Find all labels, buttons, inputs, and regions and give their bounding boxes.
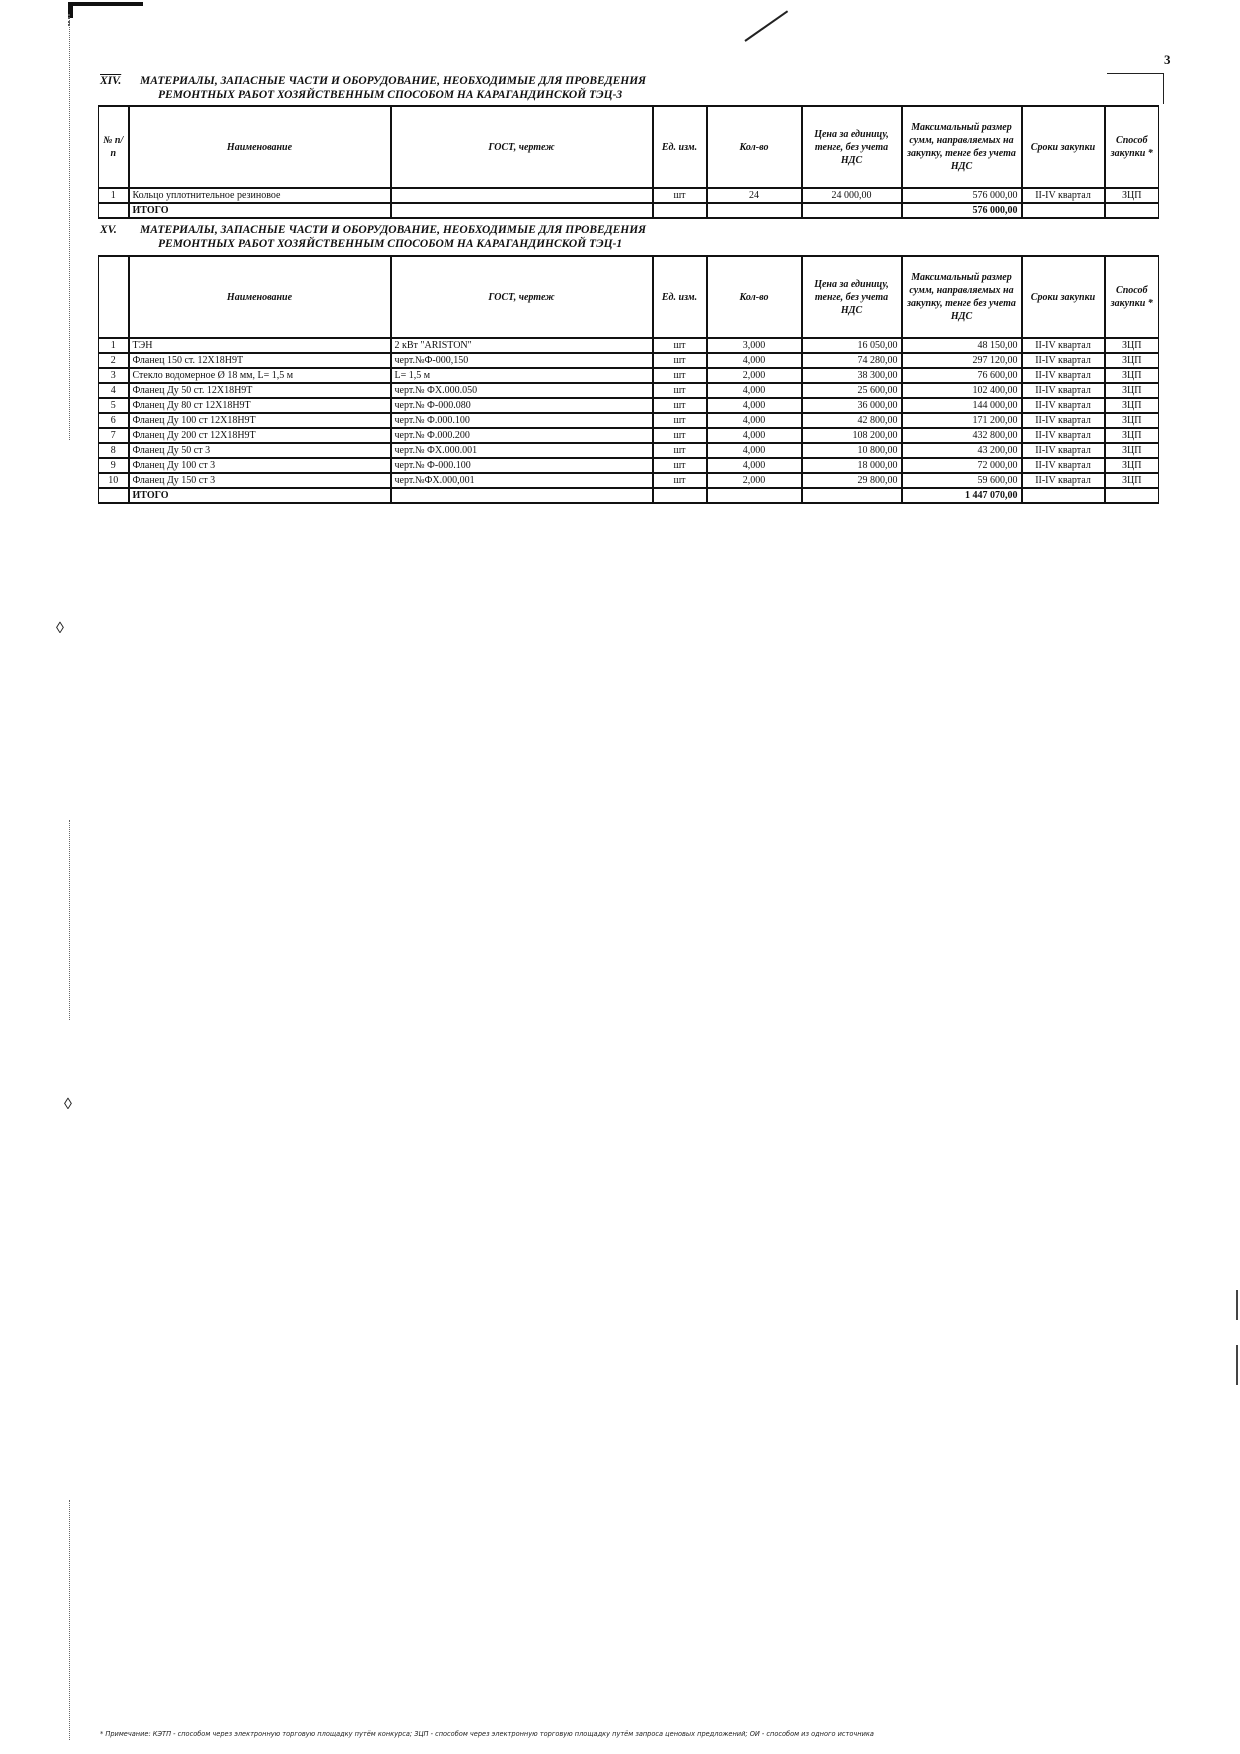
cell-sum: 144 000,00 (902, 398, 1022, 413)
cell-term: II-IV квартал (1022, 473, 1105, 488)
cell-qty: 2,000 (707, 473, 802, 488)
cell-name: Фланец Ду 150 ст 3 (129, 473, 391, 488)
cell-unit: шт (653, 188, 707, 203)
cell-method: ЗЦП (1105, 443, 1159, 458)
header-price: Цена за единицу, тенге, без учета НДС (802, 106, 902, 188)
header-max-sum: Максимальный размер сумм, направляемых н… (902, 106, 1022, 188)
header-price: Цена за единицу, тенге, без учета НДС (802, 256, 902, 338)
cell-qty: 2,000 (707, 368, 802, 383)
header-unit: Ед. изм. (653, 106, 707, 188)
cell-gost: черт.№ ФХ.000.001 (391, 443, 653, 458)
scan-edge-mark (1236, 1345, 1239, 1385)
cell-term: II-IV квартал (1022, 443, 1105, 458)
cell-method: ЗЦП (1105, 338, 1159, 353)
cell-price: 10 800,00 (802, 443, 902, 458)
cell-gost: L= 1,5 м (391, 368, 653, 383)
cell-qty: 4,000 (707, 383, 802, 398)
section-title-line2: РЕМОНТНЫХ РАБОТ ХОЗЯЙСТВЕННЫМ СПОСОБОМ Н… (100, 88, 646, 102)
cell-unit: шт (653, 383, 707, 398)
table-header-row: № п/п Наименование ГОСТ, чертеж Ед. изм.… (99, 106, 1159, 188)
cell-qty: 4,000 (707, 353, 802, 368)
section-numeral: XV. (100, 223, 140, 237)
cell-method: ЗЦП (1105, 398, 1159, 413)
cell-method: ЗЦП (1105, 413, 1159, 428)
cell-method: ЗЦП (1105, 428, 1159, 443)
cell-gost: черт.№ Ф-000.080 (391, 398, 653, 413)
cell-sum: 76 600,00 (902, 368, 1022, 383)
header-unit: Ед. изм. (653, 256, 707, 338)
header-name: Наименование (129, 106, 391, 188)
cell-gost: черт.№ Ф.000.200 (391, 428, 653, 443)
cell-qty: 4,000 (707, 443, 802, 458)
cell-unit: шт (653, 428, 707, 443)
scan-margin-dots (69, 1500, 71, 1740)
section-xv-title: XV.МАТЕРИАЛЫ, ЗАПАСНЫЕ ЧАСТИ И ОБОРУДОВА… (100, 223, 646, 251)
header-name: Наименование (129, 256, 391, 338)
cell-term: II-IV квартал (1022, 413, 1105, 428)
cell-sum: 59 600,00 (902, 473, 1022, 488)
cell-num: 10 (99, 473, 129, 488)
header-num: № п/п (99, 106, 129, 188)
stamp-box (1107, 73, 1164, 104)
cell-method: ЗЦП (1105, 383, 1159, 398)
cell-sum: 43 200,00 (902, 443, 1022, 458)
header-qty: Кол-во (707, 106, 802, 188)
cell-unit: шт (653, 368, 707, 383)
cell-term: II-IV квартал (1022, 383, 1105, 398)
cell-num: 4 (99, 383, 129, 398)
total-label: ИТОГО (129, 203, 391, 218)
cell-sum: 72 000,00 (902, 458, 1022, 473)
cell-unit: шт (653, 473, 707, 488)
header-gost: ГОСТ, чертеж (391, 256, 653, 338)
cell-qty: 24 (707, 188, 802, 203)
cell-sum: 171 200,00 (902, 413, 1022, 428)
cell-gost: черт.№ФХ.000,001 (391, 473, 653, 488)
cell-sum: 297 120,00 (902, 353, 1022, 368)
cell-term: II-IV квартал (1022, 188, 1105, 203)
cell-term: II-IV квартал (1022, 398, 1105, 413)
section-title-line2: РЕМОНТНЫХ РАБОТ ХОЗЯЙСТВЕННЫМ СПОСОБОМ Н… (100, 237, 646, 251)
header-max-sum: Максимальный размер сумм, направляемых н… (902, 256, 1022, 338)
cell-sum: 102 400,00 (902, 383, 1022, 398)
table-row: 9Фланец Ду 100 ст 3черт.№ Ф-000.100шт4,0… (99, 458, 1159, 473)
cell-term: II-IV квартал (1022, 353, 1105, 368)
cell-name: Фланец Ду 50 ст 3 (129, 443, 391, 458)
total-row: ИТОГО 1 447 070,00 (99, 488, 1159, 503)
footnote: * Примечание: КЭТП - способом через элек… (100, 1730, 874, 1738)
table-row: 4Фланец Ду 50 ст. 12Х18Н9Тчерт.№ ФХ.000.… (99, 383, 1159, 398)
cell-name: ТЭН (129, 338, 391, 353)
cell-gost: черт.№ Ф-000.100 (391, 458, 653, 473)
cell-num: 6 (99, 413, 129, 428)
cell-unit: шт (653, 398, 707, 413)
margin-hole-mark: ◊ (64, 1096, 72, 1114)
cell-num: 2 (99, 353, 129, 368)
cell-gost: черт.№ Ф.000.100 (391, 413, 653, 428)
header-method: Способ закупки * (1105, 256, 1159, 338)
cell-method: ЗЦП (1105, 353, 1159, 368)
cell-price: 38 300,00 (802, 368, 902, 383)
table-row: 1ТЭН2 кВт "ARISTON"шт3,00016 050,0048 15… (99, 338, 1159, 353)
cell-num: 3 (99, 368, 129, 383)
cell-name: Фланец 150 ст. 12Х18Н9Т (129, 353, 391, 368)
cell-gost: черт.№Ф-000,150 (391, 353, 653, 368)
total-label: ИТОГО (129, 488, 391, 503)
cell-name: Фланец Ду 100 ст 12Х18Н9Т (129, 413, 391, 428)
cell-qty: 4,000 (707, 428, 802, 443)
cell-term: II-IV квартал (1022, 368, 1105, 383)
header-term: Сроки закупки (1022, 256, 1105, 338)
table-row: 2Фланец 150 ст. 12Х18Н9Тчерт.№Ф-000,150ш… (99, 353, 1159, 368)
cell-sum: 576 000,00 (902, 188, 1022, 203)
pen-stroke-mark (744, 10, 788, 41)
cell-method: ЗЦП (1105, 188, 1159, 203)
table-row: 8Фланец Ду 50 ст 3черт.№ ФХ.000.001шт4,0… (99, 443, 1159, 458)
table-row: 7Фланец Ду 200 ст 12Х18Н9Тчерт.№ Ф.000.2… (99, 428, 1159, 443)
cell-method: ЗЦП (1105, 368, 1159, 383)
header-num (99, 256, 129, 338)
section-title-line1: МАТЕРИАЛЫ, ЗАПАСНЫЕ ЧАСТИ И ОБОРУДОВАНИЕ… (140, 75, 646, 87)
cell-sum: 48 150,00 (902, 338, 1022, 353)
table-body: 1ТЭН2 кВт "ARISTON"шт3,00016 050,0048 15… (99, 338, 1159, 488)
page-number: 3 (1164, 52, 1171, 68)
table-row: 3Стекло водомерное Ø 18 мм, L= 1,5 мL= 1… (99, 368, 1159, 383)
cell-name: Фланец Ду 100 ст 3 (129, 458, 391, 473)
table-row: 1 Кольцо уплотнительное резиновое шт 24 … (99, 188, 1159, 203)
cell-gost: черт.№ ФХ.000.050 (391, 383, 653, 398)
total-sum: 576 000,00 (902, 203, 1022, 218)
cell-num: 5 (99, 398, 129, 413)
margin-hole-mark: ◊ (56, 620, 64, 638)
cell-unit: шт (653, 338, 707, 353)
table-section-xv: Наименование ГОСТ, чертеж Ед. изм. Кол-в… (98, 255, 1159, 504)
cell-qty: 4,000 (707, 458, 802, 473)
section-xiv-title: XIV.МАТЕРИАЛЫ, ЗАПАСНЫЕ ЧАСТИ И ОБОРУДОВ… (100, 74, 646, 102)
cell-price: 74 280,00 (802, 353, 902, 368)
cell-num: 9 (99, 458, 129, 473)
table-row: 6Фланец Ду 100 ст 12Х18Н9Тчерт.№ Ф.000.1… (99, 413, 1159, 428)
cell-sum: 432 800,00 (902, 428, 1022, 443)
cell-term: II-IV квартал (1022, 338, 1105, 353)
scan-corner-mark (68, 2, 143, 18)
header-method: Способ закупки * (1105, 106, 1159, 188)
table-row: 5Фланец Ду 80 ст 12Х18Н9Тчерт.№ Ф-000.08… (99, 398, 1159, 413)
section-title-line1: МАТЕРИАЛЫ, ЗАПАСНЫЕ ЧАСТИ И ОБОРУДОВАНИЕ… (140, 224, 646, 236)
cell-gost (391, 188, 653, 203)
cell-name: Фланец Ду 50 ст. 12Х18Н9Т (129, 383, 391, 398)
cell-num: 1 (99, 188, 129, 203)
table-header-row: Наименование ГОСТ, чертеж Ед. изм. Кол-в… (99, 256, 1159, 338)
cell-price: 16 050,00 (802, 338, 902, 353)
cell-num: 1 (99, 338, 129, 353)
cell-price: 36 000,00 (802, 398, 902, 413)
cell-method: ЗЦП (1105, 458, 1159, 473)
cell-gost: 2 кВт "ARISTON" (391, 338, 653, 353)
section-numeral: XIV. (100, 74, 140, 88)
cell-name: Фланец Ду 200 ст 12Х18Н9Т (129, 428, 391, 443)
cell-num: 7 (99, 428, 129, 443)
header-term: Сроки закупки (1022, 106, 1105, 188)
cell-price: 29 800,00 (802, 473, 902, 488)
cell-unit: шт (653, 413, 707, 428)
cell-price: 18 000,00 (802, 458, 902, 473)
cell-term: II-IV квартал (1022, 458, 1105, 473)
cell-qty: 4,000 (707, 398, 802, 413)
table-section-xiv: № п/п Наименование ГОСТ, чертеж Ед. изм.… (98, 105, 1159, 219)
cell-qty: 4,000 (707, 413, 802, 428)
total-row: ИТОГО 576 000,00 (99, 203, 1159, 218)
cell-price: 108 200,00 (802, 428, 902, 443)
cell-unit: шт (653, 443, 707, 458)
cell-unit: шт (653, 458, 707, 473)
header-qty: Кол-во (707, 256, 802, 338)
cell-unit: шт (653, 353, 707, 368)
cell-qty: 3,000 (707, 338, 802, 353)
scan-margin-dots (69, 20, 71, 440)
cell-method: ЗЦП (1105, 473, 1159, 488)
cell-name: Кольцо уплотнительное резиновое (129, 188, 391, 203)
cell-price: 24 000,00 (802, 188, 902, 203)
cell-term: II-IV квартал (1022, 428, 1105, 443)
cell-name: Стекло водомерное Ø 18 мм, L= 1,5 м (129, 368, 391, 383)
table-row: 10Фланец Ду 150 ст 3черт.№ФХ.000,001шт2,… (99, 473, 1159, 488)
cell-name: Фланец Ду 80 ст 12Х18Н9Т (129, 398, 391, 413)
cell-price: 42 800,00 (802, 413, 902, 428)
scan-margin-dots (69, 820, 71, 1020)
header-gost: ГОСТ, чертеж (391, 106, 653, 188)
total-sum: 1 447 070,00 (902, 488, 1022, 503)
cell-num: 8 (99, 443, 129, 458)
cell-price: 25 600,00 (802, 383, 902, 398)
scan-edge-mark (1236, 1290, 1239, 1320)
